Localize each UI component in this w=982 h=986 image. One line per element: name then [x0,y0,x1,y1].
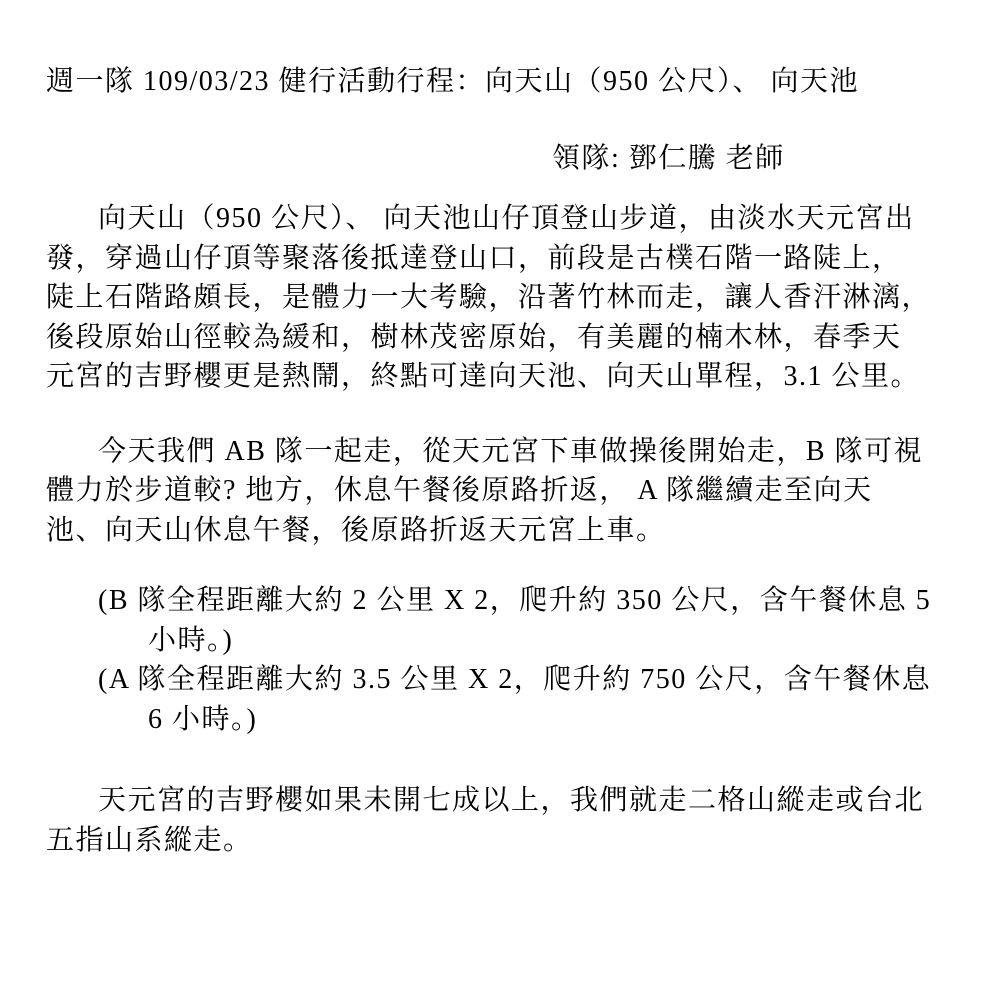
text-line: 今天我們 AB 隊一起走，從天元宮下車做操後開始走，B 隊可視 [46,432,938,472]
text-line: 向天山（950 公尺）、 向天池山仔頂登山步道，由淡水天元宮出 [46,199,938,239]
text-line: 陡上石階路頗長，是體力一大考驗，沿著竹林而走，讓人香汗淋漓， [46,278,938,318]
text-line: (A 隊全程距離大約 3.5 公里 X 2，爬升約 750 公尺，含午餐休息 [46,660,938,700]
text-line: 小時。) [46,621,938,661]
text-line: 後段原始山徑較為緩和，樹林茂密原始，有美麗的楠木林，春季天 [46,318,938,358]
document-page: 週一隊 109/03/23 健行活動行程：向天山（950 公尺）、 向天池 領隊… [0,0,982,986]
text-line: 6 小時。) [46,700,938,740]
leader-line: 領隊: 鄧仁騰 老師 [46,139,938,179]
paragraph-team-plan: 今天我們 AB 隊一起走，從天元宮下車做操後開始走，B 隊可視 體力於步道較? … [46,432,938,551]
text-line: 天元宮的吉野櫻如果未開七成以上，我們就走二格山縱走或台北 [46,781,938,821]
text-line: 元宮的吉野櫻更是熱鬧，終點可達向天池、向天山單程，3.1 公里。 [46,357,938,397]
text-line: 池、向天山休息午餐，後原路折返天元宮上車。 [46,511,938,551]
text-line: 發，穿過山仔頂等聚落後抵達登山口，前段是古樸石階一路陡上， [46,239,938,279]
paragraph-distance-notes: (B 隊全程距離大約 2 公里 X 2，爬升約 350 公尺，含午餐休息 5 小… [46,581,938,739]
paragraph-route-description: 向天山（950 公尺）、 向天池山仔頂登山步道，由淡水天元宮出 發，穿過山仔頂等… [46,199,938,397]
document-title: 週一隊 109/03/23 健行活動行程：向天山（950 公尺）、 向天池 [46,62,938,102]
text-line: 五指山系縱走。 [46,821,938,861]
text-line: 體力於步道較? 地方，休息午餐後原路折返， A 隊繼續走至向天 [46,471,938,511]
text-line: (B 隊全程距離大約 2 公里 X 2，爬升約 350 公尺，含午餐休息 5 [46,581,938,621]
paragraph-alternate-plan: 天元宮的吉野櫻如果未開七成以上，我們就走二格山縱走或台北 五指山系縱走。 [46,781,938,860]
